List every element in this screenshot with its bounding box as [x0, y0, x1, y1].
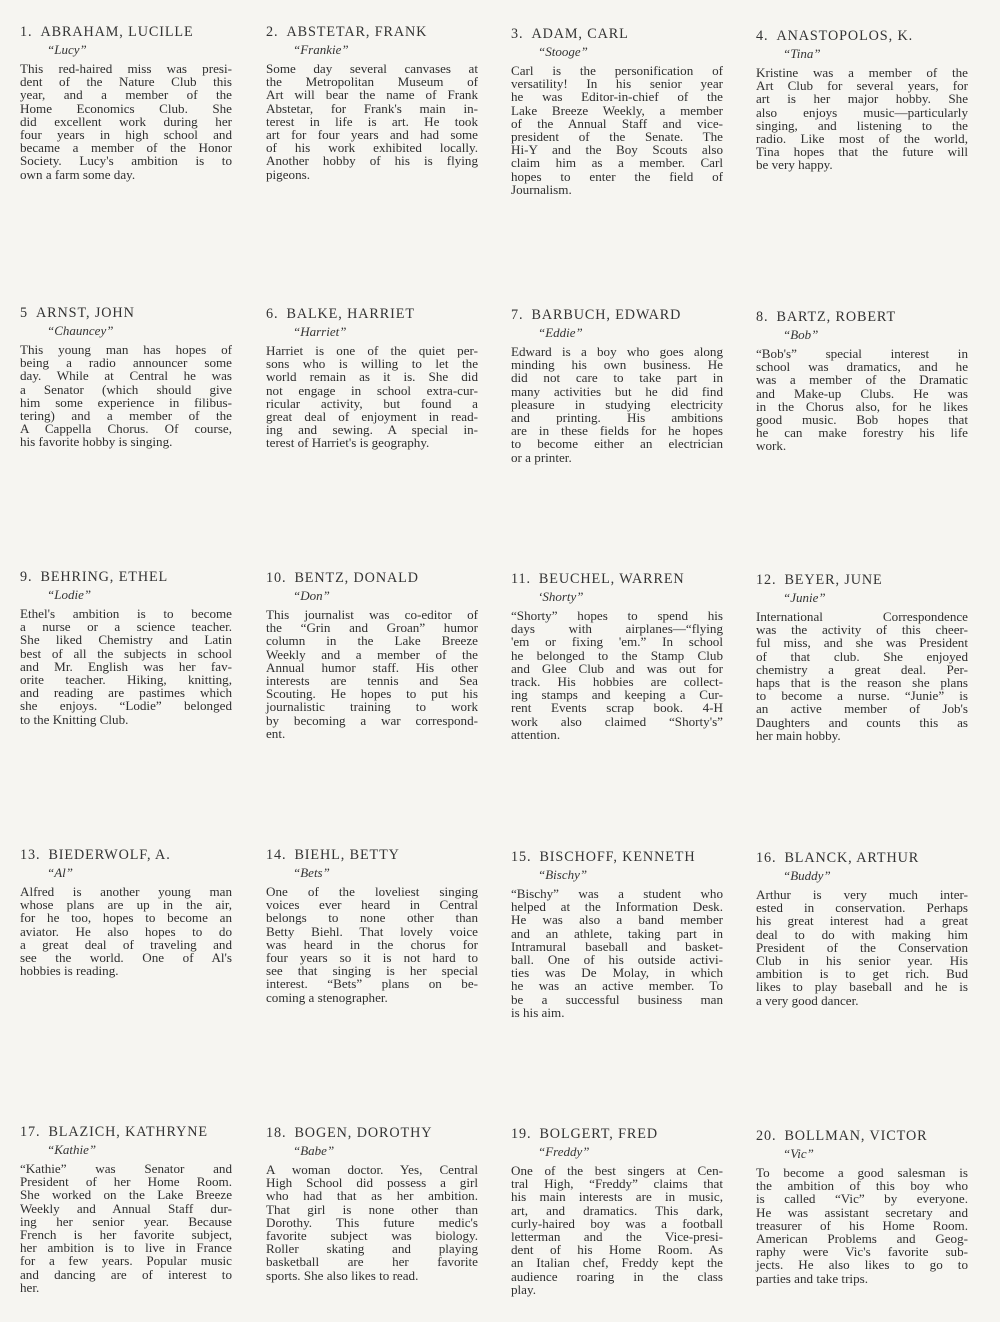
student-nickname: “Chauncey”	[47, 323, 232, 339]
student-name: BEHRING, ETHEL	[40, 569, 168, 585]
biography-line: to become either an electrician	[511, 437, 723, 450]
student-nickname: “Babe”	[293, 1143, 478, 1159]
entry-number: 18.	[266, 1125, 286, 1141]
student-name: BARBUCH, EDWARD	[531, 307, 681, 323]
entry-number: 14.	[266, 847, 286, 863]
entry-number: 10.	[266, 570, 286, 586]
student-heading: 4.ANASTOPOLOS, K.	[756, 28, 968, 44]
student-name: ADAM, CARL	[531, 26, 628, 42]
biography-line: her main hobby.	[756, 729, 968, 742]
student-biography: This journalist was co-editor ofthe “Gri…	[266, 608, 478, 740]
student-name: BIEHL, BETTY	[294, 847, 399, 863]
student-heading: 9.BEHRING, ETHEL	[20, 569, 232, 585]
biography-line: own a farm some day.	[20, 168, 232, 181]
student-name: ABSTETAR, FRANK	[286, 24, 427, 40]
student-biography: “Bob's” special interest inschool was dr…	[756, 347, 968, 453]
student-nickname: “Lucy”	[47, 42, 232, 58]
biography-line: Journalism.	[511, 183, 723, 196]
biography-line: belongs to none other than	[266, 911, 478, 924]
student-biography: One of the best singers at Cen-tral High…	[511, 1164, 723, 1296]
biography-line: day. While at Central he was	[20, 369, 232, 382]
student-name: BLANCK, ARTHUR	[784, 850, 919, 866]
biography-line: Lake Breeze Weekly, a member	[511, 104, 723, 117]
biography-line: ent.	[266, 727, 478, 740]
entry-number: 20.	[756, 1128, 776, 1144]
student-biography: “Bischy” was a student whohelped at the …	[511, 887, 723, 1019]
senior-entry: 4.ANASTOPOLOS, K.“Tina”Kristine was a me…	[756, 28, 968, 172]
biography-line: attention.	[511, 728, 723, 741]
entry-number: 7.	[511, 307, 523, 323]
biography-line: ful miss, and she was President	[756, 636, 968, 649]
student-nickname: ‘Shorty”	[538, 589, 723, 605]
biography-line: he was an active member. To	[511, 979, 723, 992]
biography-line: best of all the subjects in school	[20, 647, 232, 660]
biography-line: Art will bear the name of Frank	[266, 88, 478, 101]
biography-line: claim him as a member. Carl	[511, 156, 723, 169]
biography-line: sports. She also likes to read.	[266, 1269, 478, 1282]
student-heading: 1.ABRAHAM, LUCILLE	[20, 24, 232, 40]
senior-entry: 14.BIEHL, BETTY“Bets”One of the lovelies…	[266, 847, 478, 1004]
biography-line: is his aim.	[511, 1006, 723, 1019]
biography-line: journalistic training to work	[266, 700, 478, 713]
biography-line: his main interests are in music,	[511, 1190, 723, 1203]
student-biography: To become a good salesman isthe ambition…	[756, 1166, 968, 1285]
senior-entry: 13.BIEDERWOLF, A.“Al”Alfred is another y…	[20, 847, 232, 977]
student-heading: 11.BEUCHEL, WARREN	[511, 571, 723, 587]
entry-number: 11.	[511, 571, 531, 587]
entry-number: 19.	[511, 1126, 531, 1142]
biography-line: not engage in school extra-cur-	[266, 384, 478, 397]
biography-line: Society. Lucy's ambition is to	[20, 154, 232, 167]
entry-number: 2.	[266, 24, 278, 40]
biography-line: deal to do with making him	[756, 928, 968, 941]
student-name: ARNST, JOHN	[36, 305, 135, 321]
senior-entry: 10.BENTZ, DONALD“Don”This journalist was…	[266, 570, 478, 740]
biography-line: who had that as her ambition.	[266, 1189, 478, 1202]
biography-line: Weekly and a member of the	[266, 648, 478, 661]
entry-number: 3.	[511, 26, 523, 42]
biography-line: Daughters and counts this as	[756, 716, 968, 729]
senior-entry: 16.BLANCK, ARTHUR“Buddy”Arthur is very m…	[756, 850, 968, 1007]
entry-number: 8.	[756, 309, 768, 325]
student-nickname: “Tina”	[783, 46, 968, 62]
entry-number: 13.	[20, 847, 40, 863]
entry-number: 6.	[266, 306, 278, 322]
senior-entry: 19.BOLGERT, FRED“Freddy”One of the best …	[511, 1126, 723, 1296]
student-nickname: “Bischy”	[538, 867, 723, 883]
student-biography: Edward is a boy who goes alongminding hi…	[511, 345, 723, 464]
senior-entry: 6.BALKE, HARRIET“Harriet”Harriet is one …	[266, 306, 478, 450]
student-heading: 20.BOLLMAN, VICTOR	[756, 1128, 968, 1144]
student-nickname: “Al”	[47, 865, 232, 881]
student-nickname: “Junie”	[783, 590, 968, 606]
entry-number: 9.	[20, 569, 32, 585]
biography-line: was a member of the Dramatic	[756, 373, 968, 386]
student-heading: 5ARNST, JOHN	[20, 305, 232, 321]
biography-line: also enjoys music—particularly	[756, 106, 968, 119]
biography-line: play.	[511, 1283, 723, 1296]
biography-line: Another hobby of his is flying	[266, 154, 478, 167]
student-name: BARTZ, ROBERT	[776, 309, 896, 325]
entry-number: 15.	[511, 849, 531, 865]
student-name: BOGEN, DOROTHY	[294, 1125, 432, 1141]
biography-line: column in the Lake Breeze	[266, 634, 478, 647]
student-nickname: “Bob”	[783, 327, 968, 343]
student-biography: One of the loveliest singingvoices ever …	[266, 885, 478, 1004]
biography-line: Abstetar, for Frank's main in-	[266, 102, 478, 115]
student-name: BLAZICH, KATHRYNE	[48, 1124, 208, 1140]
biography-line: be very happy.	[756, 158, 968, 171]
biography-line: hopes to enter the field of	[511, 170, 723, 183]
biography-line: audience roaring in the class	[511, 1270, 723, 1283]
student-heading: 15.BISCHOFF, KENNETH	[511, 849, 723, 865]
biography-line: year, and a member of the	[20, 88, 232, 101]
student-heading: 12.BEYER, JUNE	[756, 572, 968, 588]
biography-line: art is her major hobby. She	[756, 92, 968, 105]
biography-line: terest of Harriet's is geography.	[266, 436, 478, 449]
student-biography: Carl is the personification ofversatilit…	[511, 64, 723, 196]
biography-line: did not care to take part in	[511, 371, 723, 384]
biography-line: to the Knitting Club.	[20, 713, 232, 726]
student-heading: 13.BIEDERWOLF, A.	[20, 847, 232, 863]
biography-line: hobbies is reading.	[20, 964, 232, 977]
biography-line: by becoming a war correspond-	[266, 714, 478, 727]
biography-line: He was also a band member	[511, 913, 723, 926]
biography-line: of that club. She enjoyed	[756, 650, 968, 663]
student-heading: 14.BIEHL, BETTY	[266, 847, 478, 863]
student-nickname: “Freddy”	[538, 1144, 723, 1160]
biography-line: art, and dramatics. This dark,	[511, 1204, 723, 1217]
student-biography: A woman doctor. Yes, CentralHigh School …	[266, 1163, 478, 1282]
senior-entry: 1.ABRAHAM, LUCILLE“Lucy”This red-haired …	[20, 24, 232, 181]
student-heading: 3.ADAM, CARL	[511, 26, 723, 42]
biography-line: likes to play baseball and he is	[756, 980, 968, 993]
student-name: ANASTOPOLOS, K.	[776, 28, 913, 44]
student-name: BALKE, HARRIET	[286, 306, 414, 322]
student-biography: “Kathie” was Senator andPresident of her…	[20, 1162, 232, 1294]
biography-line: Home Economics Club. She	[20, 102, 232, 115]
entry-number: 1.	[20, 24, 32, 40]
student-name: ABRAHAM, LUCILLE	[40, 24, 193, 40]
student-biography: Ethel's ambition is to becomea nurse or …	[20, 607, 232, 726]
student-heading: 19.BOLGERT, FRED	[511, 1126, 723, 1142]
biography-line: he was Editor-in-chief of the	[511, 90, 723, 103]
student-name: BEYER, JUNE	[784, 572, 882, 588]
senior-entry: 12.BEYER, JUNE“Junie”International Corre…	[756, 572, 968, 742]
student-name: BIEDERWOLF, A.	[48, 847, 170, 863]
biography-line: for he too, hopes to become an	[20, 911, 232, 924]
senior-entry: 18.BOGEN, DOROTHY“Babe”A woman doctor. Y…	[266, 1125, 478, 1282]
senior-entry: 3.ADAM, CARL“Stooge”Carl is the personif…	[511, 26, 723, 196]
student-nickname: “Stooge”	[538, 44, 723, 60]
student-biography: “Shorty” hopes to spend hisdays with air…	[511, 609, 723, 741]
student-biography: This red-haired miss was presi-dent of t…	[20, 62, 232, 181]
student-biography: International Correspondencewas the acti…	[756, 610, 968, 742]
biography-line: a Senator (which should give	[20, 383, 232, 396]
student-nickname: “Bets”	[293, 865, 478, 881]
biography-line: That girl is none other than	[266, 1203, 478, 1216]
student-nickname: “Eddie”	[538, 325, 723, 341]
biography-line: She liked Chemistry and Latin	[20, 633, 232, 646]
student-biography: Some day several canvases atthe Metropol…	[266, 62, 478, 181]
biography-line: basketball are her favorite	[266, 1255, 478, 1268]
student-name: BEUCHEL, WARREN	[539, 571, 685, 587]
biography-line: rent Events scrap book. 4-H	[511, 701, 723, 714]
student-biography: Alfred is another young manwhose plans a…	[20, 885, 232, 977]
biography-line: 'em or fixing 'em.” In school	[511, 635, 723, 648]
student-heading: 2.ABSTETAR, FRANK	[266, 24, 478, 40]
biography-line: for a few years. Popular music	[20, 1254, 232, 1267]
student-heading: 16.BLANCK, ARTHUR	[756, 850, 968, 866]
biography-line: his favorite hobby is singing.	[20, 435, 232, 448]
biography-line: his great interest had a great	[756, 914, 968, 927]
student-nickname: “Buddy”	[783, 868, 968, 884]
entry-number: 5	[20, 305, 28, 321]
biography-line: and dancing are of interest to	[20, 1268, 232, 1281]
student-nickname: “Frankie”	[293, 42, 478, 58]
biography-line: interest. “Bets” plans on be-	[266, 977, 478, 990]
biography-line: He was assistant secretary and	[756, 1206, 968, 1219]
biography-line: coming a stenographer.	[266, 991, 478, 1004]
biography-line: be a successful business man	[511, 993, 723, 1006]
student-nickname: “Kathie”	[47, 1142, 232, 1158]
biography-line: she enjoys. “Lodie” belonged	[20, 699, 232, 712]
student-nickname: “Harriet”	[293, 324, 478, 340]
biography-line: pigeons.	[266, 168, 478, 181]
student-heading: 7.BARBUCH, EDWARD	[511, 307, 723, 323]
entry-number: 17.	[20, 1124, 40, 1140]
student-biography: Arthur is very much inter-ested in conse…	[756, 888, 968, 1007]
biography-line: work.	[756, 439, 968, 452]
student-heading: 17.BLAZICH, KATHRYNE	[20, 1124, 232, 1140]
student-heading: 10.BENTZ, DONALD	[266, 570, 478, 586]
student-name: BOLGERT, FRED	[539, 1126, 658, 1142]
biography-line: parties and take trips.	[756, 1272, 968, 1285]
biography-line: an Italian chef, Freddy kept the	[511, 1256, 723, 1269]
student-nickname: “Don”	[293, 588, 478, 604]
student-name: BOLLMAN, VICTOR	[784, 1128, 927, 1144]
senior-entry: 9.BEHRING, ETHEL“Lodie”Ethel's ambition …	[20, 569, 232, 726]
biography-line: her.	[20, 1281, 232, 1294]
student-heading: 6.BALKE, HARRIET	[266, 306, 478, 322]
biography-line: and an athlete, taking part in	[511, 927, 723, 940]
biography-line: he belonged to the Stamp Club	[511, 649, 723, 662]
entry-number: 4.	[756, 28, 768, 44]
senior-entry: 8.BARTZ, ROBERT“Bob”“Bob's” special inte…	[756, 309, 968, 453]
student-nickname: “Lodie”	[47, 587, 232, 603]
biography-line: is called “Vic” by everyone.	[756, 1192, 968, 1205]
biography-line: Weekly and Annual Staff dur-	[20, 1202, 232, 1215]
biography-line: a very good dancer.	[756, 994, 968, 1007]
biography-line: She worked on the Lake Breeze	[20, 1188, 232, 1201]
student-heading: 8.BARTZ, ROBERT	[756, 309, 968, 325]
biography-line: world remain as it is. She did	[266, 370, 478, 383]
entry-number: 12.	[756, 572, 776, 588]
senior-entry: 5ARNST, JOHN“Chauncey”This young man has…	[20, 305, 232, 449]
biography-line: jects. He also likes to go to	[756, 1258, 968, 1271]
student-biography: Harriet is one of the quiet per-sons who…	[266, 344, 478, 450]
biography-line: work also claimed “Shorty's”	[511, 715, 723, 728]
biography-line: aviator. He also hopes to do	[20, 925, 232, 938]
senior-entry: 11.BEUCHEL, WARREN‘Shorty”“Shorty” hopes…	[511, 571, 723, 741]
biography-line: many activities but he did find	[511, 385, 723, 398]
student-name: BENTZ, DONALD	[294, 570, 418, 586]
student-nickname: “Vic”	[783, 1146, 968, 1162]
student-heading: 18.BOGEN, DOROTHY	[266, 1125, 478, 1141]
senior-entry: 2.ABSTETAR, FRANK“Frankie”Some day sever…	[266, 24, 478, 181]
biography-line: an active member of Job's	[756, 702, 968, 715]
biography-line: and Make-up Clubs. He was	[756, 387, 968, 400]
student-name: BISCHOFF, KENNETH	[539, 849, 695, 865]
biography-line: he can make forestry his life	[756, 426, 968, 439]
senior-entry: 7.BARBUCH, EDWARD“Eddie”Edward is a boy …	[511, 307, 723, 464]
senior-entry: 17.BLAZICH, KATHRYNE“Kathie”“Kathie” was…	[20, 1124, 232, 1294]
entry-number: 16.	[756, 850, 776, 866]
biography-line: Betty Biehl. That lovely voice	[266, 925, 478, 938]
student-biography: This young man has hopes ofbeing a radio…	[20, 343, 232, 449]
biography-line: or a printer.	[511, 451, 723, 464]
senior-entry: 15.BISCHOFF, KENNETH“Bischy”“Bischy” was…	[511, 849, 723, 1019]
senior-entry: 20.BOLLMAN, VICTOR“Vic”To become a good …	[756, 1128, 968, 1285]
student-biography: Kristine was a member of theArt Club for…	[756, 66, 968, 172]
